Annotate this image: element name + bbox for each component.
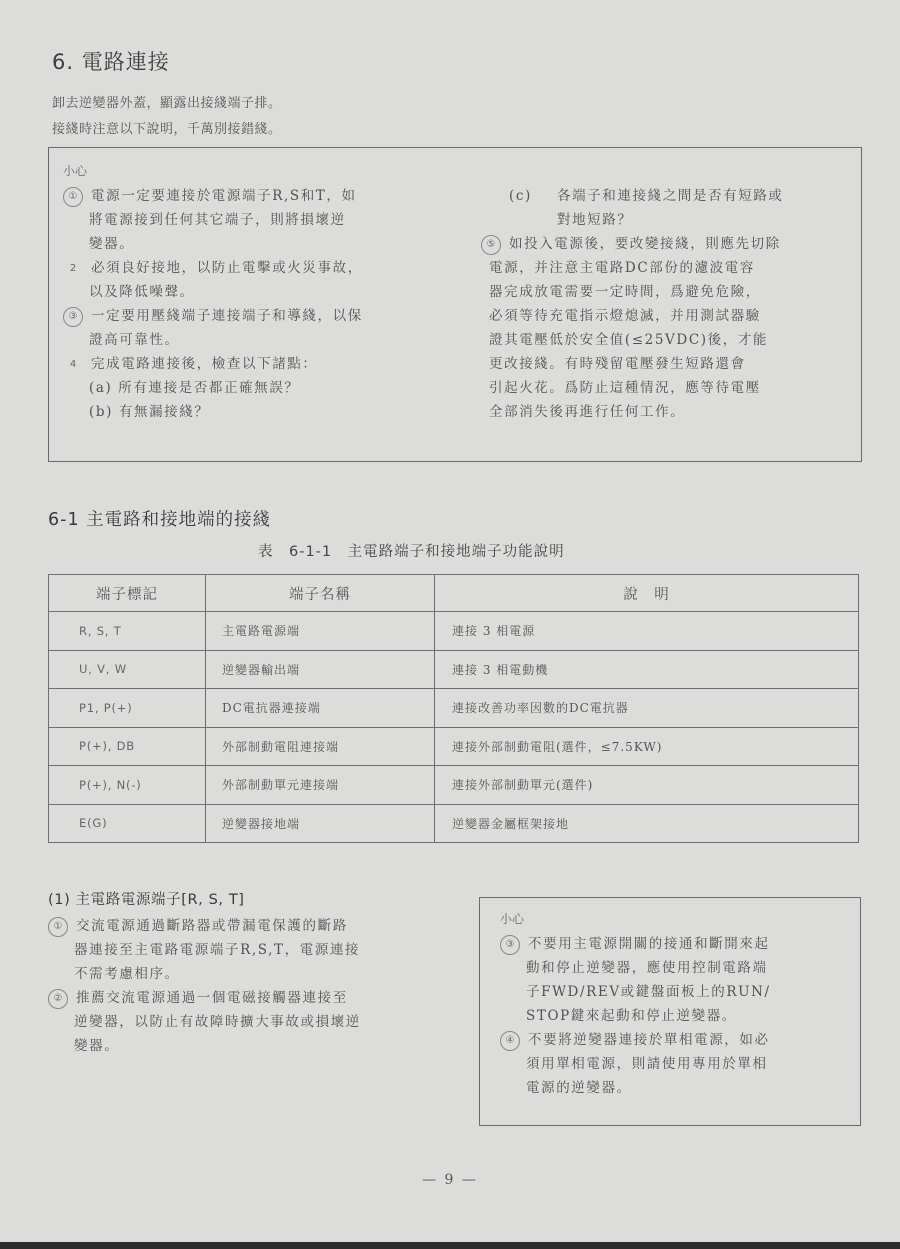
main-power-title: (1) 主電路電源端子[R, S, T] [48,888,245,909]
caution-label: 小心 [63,162,87,179]
header-description: 說 明 [435,575,859,612]
sub-item-a: (a) 所有連接是否都正確無誤？ [63,376,363,400]
circled-number-1: ① [63,187,83,207]
circled-number-3: ③ [500,935,520,955]
scan-edge-strip [0,1242,900,1249]
circled-number-1: ① [48,917,68,937]
caution-item: ⑤如投入電源後，要改變接綫，則應先切除 [481,232,784,256]
caution-power-list: ③不要用主電源開關的接通和斷開來起 動和停止逆變器，應使用控制電路端 子FWD/… [500,932,771,1100]
circled-number-3: ③ [63,307,83,327]
cell-mark: P1, P(+) [49,689,206,728]
caution-item: 4完成電路連接後，檢查以下諸點： [63,352,363,376]
cell-desc: 連接改善功率因數的DC電抗器 [435,689,859,728]
main-power-list: ①交流電源通過斷路器或帶漏電保護的斷路 器連接至主電路電源端子R,S,T，電源連… [48,914,361,1058]
header-terminal-name: 端子名稱 [206,575,435,612]
caution-item: ①電源一定要連接於電源端子R,S和T，如 [63,184,363,208]
table-row: U, V, W 逆變器輸出端 連接 3 相電動機 [49,650,859,689]
sub-item-c: (c)各端子和連接綫之間是否有短路或 [481,184,784,208]
sub-item-b: (b) 有無漏接綫？ [63,400,363,424]
circled-number-5: ⑤ [481,235,501,255]
circled-number-4: ④ [500,1031,520,1051]
cell-mark: P(+), N(-) [49,766,206,805]
cell-desc: 連接外部制動電阻(選件，≤7.5KW) [435,727,859,766]
number-2: 2 [63,259,83,279]
list-item: ②推薦交流電源通過一個電磁接觸器連接至 [48,986,361,1010]
cell-name: DC電抗器連接端 [206,689,435,728]
cell-name: 外部制動單元連接端 [206,766,435,805]
circled-number-2: ② [48,989,68,1009]
caution-label: 小心 [500,910,524,927]
section-title: 6. 電路連接 [52,46,170,76]
cell-mark: E(G) [49,804,206,843]
table-row: P1, P(+) DC電抗器連接端 連接改善功率因數的DC電抗器 [49,689,859,728]
table-header-row: 端子標記 端子名稱 說 明 [49,575,859,612]
cell-name: 主電路電源端 [206,612,435,651]
cell-desc: 逆變器金屬框架接地 [435,804,859,843]
table-row: E(G) 逆變器接地端 逆變器金屬框架接地 [49,804,859,843]
subsection-title: 6-1 主電路和接地端的接綫 [48,506,271,531]
cell-desc: 連接外部制動單元(選件) [435,766,859,805]
intro-line: 接綫時注意以下說明，千萬別接錯綫。 [52,118,282,137]
caution-item: ④不要將逆變器連接於單相電源，如必 [500,1028,771,1052]
cell-mark: R, S, T [49,612,206,651]
caution-box: 小心 ①電源一定要連接於電源端子R,S和T，如 將電源接到任何其它端子，則將損壞… [48,147,862,462]
caution-item: 2必須良好接地，以防止電擊或火災事故， [63,256,363,280]
cell-name: 逆變器輸出端 [206,650,435,689]
table-row: R, S, T 主電路電源端 連接 3 相電源 [49,612,859,651]
terminal-function-table: 端子標記 端子名稱 說 明 R, S, T 主電路電源端 連接 3 相電源 U,… [48,574,859,843]
document-page: 6. 電路連接 卸去逆變器外蓋，顯露出接綫端子排。 接綫時注意以下說明，千萬別接… [0,0,900,1242]
table-row: P(+), N(-) 外部制動單元連接端 連接外部制動單元(選件) [49,766,859,805]
caution-right-column: (c)各端子和連接綫之間是否有短路或 對地短路？ ⑤如投入電源後，要改變接綫，則… [481,184,784,424]
intro-line: 卸去逆變器外蓋，顯露出接綫端子排。 [52,92,282,111]
cell-desc: 連接 3 相電動機 [435,650,859,689]
caution-box-power: 小心 ③不要用主電源開關的接通和斷開來起 動和停止逆變器，應使用控制電路端 子F… [479,897,861,1126]
cell-desc: 連接 3 相電源 [435,612,859,651]
cell-name: 外部制動電阻連接端 [206,727,435,766]
header-terminal-mark: 端子標記 [49,575,206,612]
caution-item: ③一定要用壓綫端子連接端子和導綫，以保 [63,304,363,328]
cell-name: 逆變器接地端 [206,804,435,843]
cell-mark: P(+), DB [49,727,206,766]
list-item: ①交流電源通過斷路器或帶漏電保護的斷路 [48,914,361,938]
caution-left-column: ①電源一定要連接於電源端子R,S和T，如 將電源接到任何其它端子，則將損壞逆 變… [63,184,363,424]
page-number: — 9 — [0,1172,900,1188]
table-row: P(+), DB 外部制動電阻連接端 連接外部制動電阻(選件，≤7.5KW) [49,727,859,766]
caution-item: ③不要用主電源開關的接通和斷開來起 [500,932,771,956]
table-caption: 表 6-1-1 主電路端子和接地端子功能說明 [258,540,565,561]
number-4: 4 [63,355,83,375]
cell-mark: U, V, W [49,650,206,689]
